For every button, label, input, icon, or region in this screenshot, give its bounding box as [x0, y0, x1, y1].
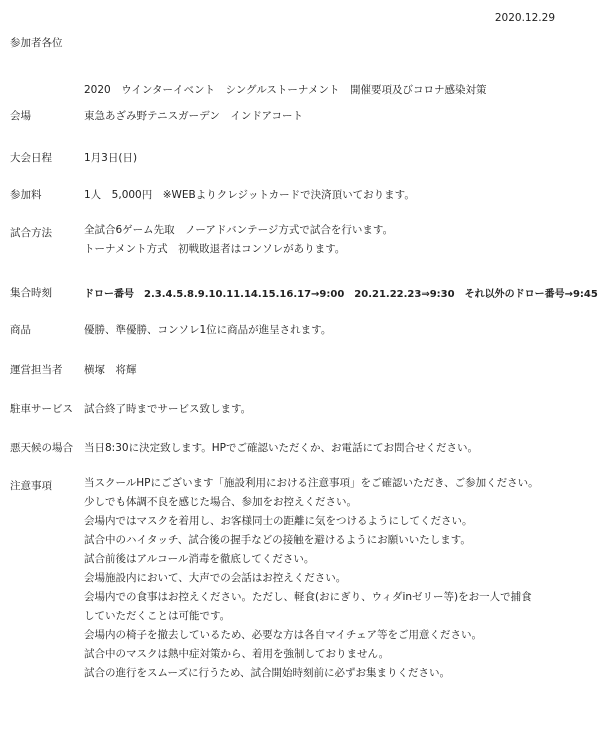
value-parking: 試合終了時までサービス致します。 [84, 401, 251, 416]
label-venue: 会場 [10, 108, 31, 123]
value-prizes: 優勝、準優勝、コンソレ1位に商品が進呈されます。 [84, 322, 331, 337]
label-organizer: 運営担当者 [10, 362, 63, 377]
document-title: 2020 ウインターイベント シングルストーナメント 開催要項及びコロナ感染対策 [84, 82, 486, 97]
value-notes: 当スクールHPにございます「施設利用における注意事項」をご確認いただき、ご参加く… [84, 474, 539, 683]
note-line: 試合の進行をスムーズに行うため、試合開始時刻前に必ずお集まりください。 [84, 664, 539, 683]
note-line: 会場施設内において、大声での会話はお控えください。 [84, 569, 539, 588]
label-assembly-time: 集合時刻 [10, 285, 52, 300]
note-line: 当スクールHPにございます「施設利用における注意事項」をご確認いただき、ご参加く… [84, 474, 539, 493]
label-notes: 注意事項 [10, 478, 52, 493]
label-match-format: 試合方法 [10, 225, 52, 240]
note-line: 会場内ではマスクを着用し、お客様同士の距離に気をつけるようにしてください。 [84, 512, 539, 531]
value-venue: 東急あざみ野テニスガーデン インドアコート [84, 108, 303, 123]
note-line: 試合中のマスクは熱中症対策から、着用を強制しておりません。 [84, 645, 539, 664]
note-line: 会場内での食事はお控えください。ただし、軽食(おにぎり、ウィダinゼリー等)をお… [84, 588, 539, 607]
label-schedule: 大会日程 [10, 150, 52, 165]
label-fee: 参加料 [10, 187, 42, 202]
note-line: していただくことは可能です。 [84, 607, 539, 626]
greeting: 参加者各位 [10, 35, 63, 50]
value-fee: 1人 5,000円 ※WEBよりクレジットカードで決済頂いております。 [84, 187, 415, 202]
value-schedule: 1月3日(日) [84, 150, 137, 165]
value-assembly-time: ドロー番号 2.3.4.5.8.9.10.11.14.15.16.17→9:00… [84, 285, 598, 300]
document-date: 2020.12.29 [495, 12, 555, 24]
value-match-format: 全試合6ゲーム先取 ノーアドバンテージ方式で試合を行います。 トーナメント方式 … [84, 221, 393, 259]
match-format-line: トーナメント方式 初戦敗退者はコンソレがあります。 [84, 240, 393, 259]
match-format-line: 全試合6ゲーム先取 ノーアドバンテージ方式で試合を行います。 [84, 221, 393, 240]
label-bad-weather: 悪天候の場合 [10, 440, 73, 455]
note-line: 試合中のハイタッチ、試合後の握手などの接触を避けるようにお願いいたします。 [84, 531, 539, 550]
value-organizer: 横塚 将輝 [84, 362, 137, 377]
value-bad-weather: 当日8:30に決定致します。HPでご確認いただくか、お電話にてお問合せください。 [84, 440, 478, 455]
note-line: 試合前後はアルコール消毒を徹底してください。 [84, 550, 539, 569]
label-prizes: 商品 [10, 322, 31, 337]
note-line: 会場内の椅子を撤去しているため、必要な方は各自マイチェア等をご用意ください。 [84, 626, 539, 645]
label-parking: 駐車サービス [10, 401, 73, 416]
note-line: 少しでも体調不良を感じた場合、参加をお控えください。 [84, 493, 539, 512]
